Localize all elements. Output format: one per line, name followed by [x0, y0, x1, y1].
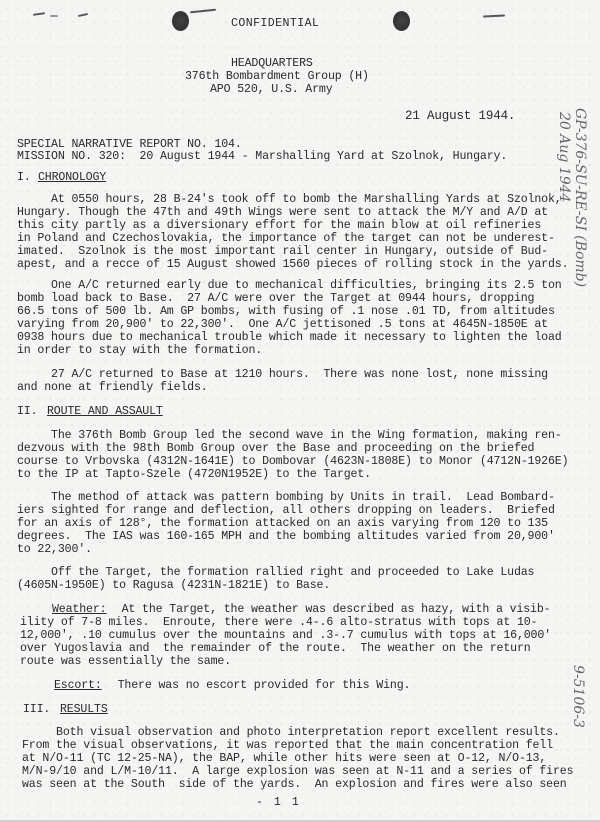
paragraph-line: over Yugoslavia and the remainder of the…	[20, 642, 531, 656]
paragraph-line: to the IP at Tapto-Szele (4720N1952E) to…	[17, 468, 371, 482]
paragraph-line: and none at friendly fields.	[17, 381, 208, 395]
paragraph-line: for an axis of 128°, the formation attac…	[17, 517, 548, 531]
section-heading-route-and-assault: ROUTE AND ASSAULT	[47, 405, 163, 419]
paragraph-line: imated. Szolnok is the most important ra…	[17, 245, 548, 259]
handwritten-date-note: 20 Aug 1944	[556, 112, 572, 202]
org-group: 376th Bombardment Group (H)	[185, 70, 369, 84]
section-number: III.	[23, 703, 50, 717]
paragraph-line: degrees. The IAS was 160-165 MPH and the…	[17, 530, 555, 544]
section-number: I.	[17, 171, 31, 185]
paragraph-line: bomb load back to Base. 27 A/C were over…	[17, 292, 534, 306]
mission-line: MISSION NO. 320: 20 August 1944 - Marsha…	[17, 150, 507, 164]
punch-hole-left	[172, 11, 189, 31]
paragraph-line: (4605N-1950E) to Ragusa (4231N-1821E) to…	[17, 579, 330, 593]
ink-scrawl-mark	[78, 13, 88, 17]
paragraph-line: apest, and a recce of 15 August showed 1…	[17, 258, 568, 272]
ink-scrawl-mark	[483, 14, 505, 17]
paragraph-line: 66.5 tons of 500 lb. Am GP bombs, with f…	[17, 305, 555, 319]
paragraph-line: M/N-9/10 and L/M-10/11. A large explosio…	[22, 765, 573, 779]
handwritten-document-number: 9-5106-3	[570, 665, 586, 728]
classification-label: CONFIDENTIAL	[231, 17, 319, 31]
page-marker: - 1 1	[256, 796, 301, 810]
paragraph-line: route was essentially the same.	[20, 655, 231, 669]
ink-scrawl-mark	[50, 15, 58, 17]
paragraph-line: The method of attack was pattern bombing…	[17, 491, 555, 505]
ink-scrawl-mark	[190, 9, 216, 13]
org-apo: APO 520, U.S. Army	[210, 83, 333, 97]
handwritten-file-reference: GP-376-SU-RE-SI (Bomb)	[572, 108, 588, 287]
paragraph-line: was seen at the South side of the yards.…	[22, 778, 567, 792]
paragraph-line: varying from 20,900' to 22,300'. One A/C…	[17, 318, 548, 332]
paragraph-line: At 0550 hours, 28 B-24's took off to bom…	[17, 193, 562, 207]
paragraph-line: One A/C returned early due to mechanical…	[17, 279, 562, 293]
paragraph-line: iers sighted for range and deflection, a…	[17, 504, 555, 518]
org-headquarters: HEADQUARTERS	[231, 57, 313, 71]
paragraph-line: There was no escort provided for this Wi…	[104, 679, 410, 693]
paragraph-line: From the visual observations, it was rep…	[22, 739, 553, 753]
escort-label: Escort:	[54, 679, 102, 693]
paragraph-line: to 22,300'.	[17, 543, 92, 557]
paragraph-line: The 376th Bomb Group led the second wave…	[17, 429, 562, 443]
section-heading-chronology: CHRONOLOGY	[38, 171, 106, 185]
paragraph-line: dezvous with the 98th Bomb Group over th…	[17, 442, 534, 456]
paragraph-line: Hungary. Though the 47th and 49th Wings …	[17, 206, 548, 220]
ink-scrawl-mark	[33, 12, 45, 16]
paragraph-line: this city partly as a diversionary effor…	[17, 219, 541, 233]
report-date: 21 August 1944.	[405, 110, 515, 124]
paragraph-line: Both visual observation and photo interp…	[22, 726, 560, 740]
section-number: II.	[17, 405, 37, 419]
paragraph-line: 12,000', .10 cumulus over the mountains …	[20, 629, 551, 643]
paragraph-line: course to Vrbovska (4312N-1641E) to Domb…	[17, 455, 568, 469]
weather-label: Weather:	[52, 603, 106, 617]
paragraph-line: 0938 hours due to mechanical trouble whi…	[17, 331, 562, 345]
document-page: CONFIDENTIAL HEADQUARTERS 376th Bombardm…	[0, 0, 600, 822]
section-heading-results: RESULTS	[60, 703, 108, 717]
paragraph-line: ility of 7-8 miles. Enroute, there were …	[20, 616, 537, 630]
punch-hole-right	[393, 11, 410, 31]
paragraph-line: At the Target, the weather was described…	[108, 603, 550, 617]
paragraph-line: at N/O-11 (TC 12-25-NA), the BAP, while …	[22, 752, 546, 766]
paragraph-line: Off the Target, the formation rallied ri…	[17, 566, 534, 580]
paragraph-line: in order to stay with the formation.	[17, 344, 262, 358]
paragraph-line: in Poland and Czechoslovakia, the import…	[17, 232, 555, 246]
paragraph-line: 27 A/C returned to Base at 1210 hours. T…	[17, 368, 548, 382]
